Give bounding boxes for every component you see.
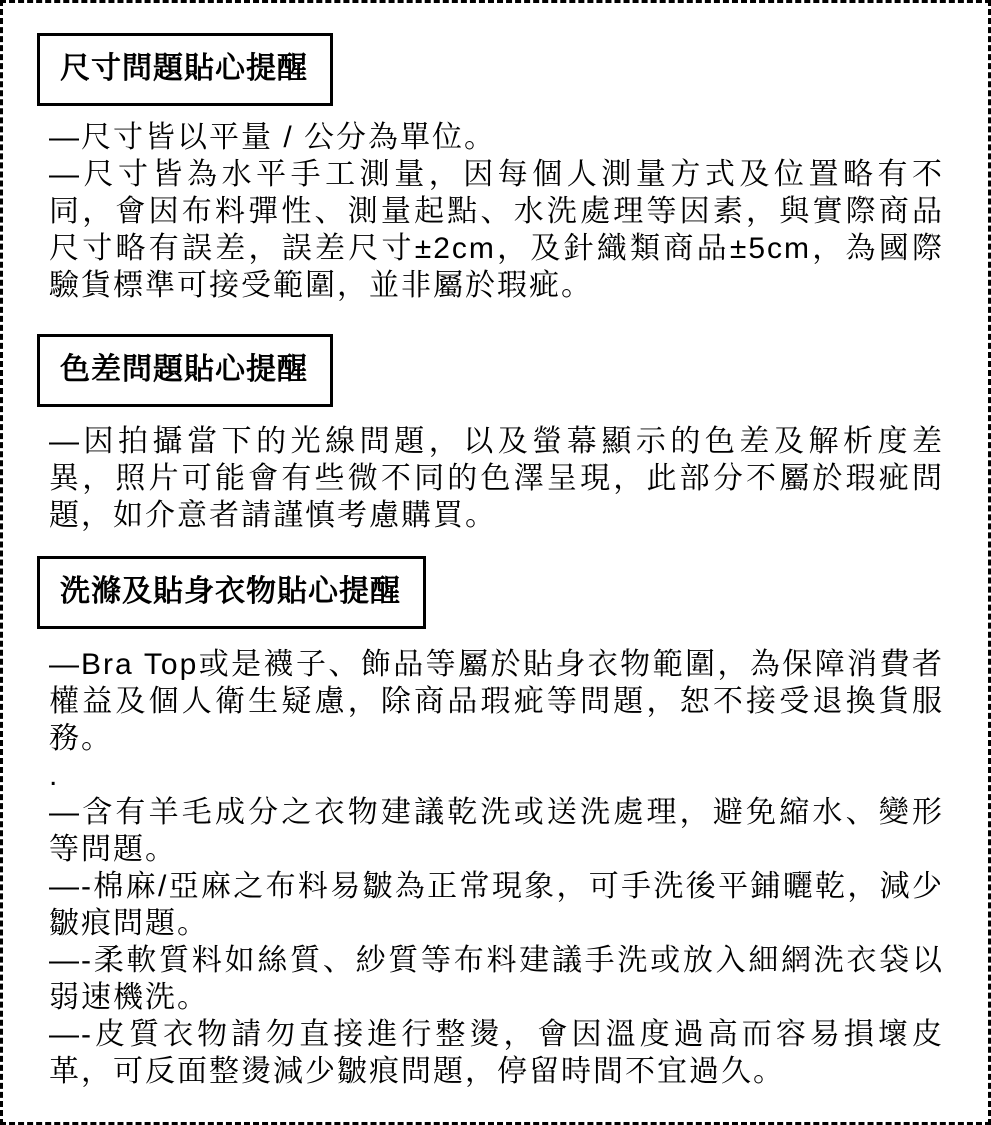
color-notice-title-box: 色差問題貼心提醒 (37, 334, 333, 407)
section-size-notice: 尺寸問題貼心提醒 —尺寸皆以平量 / 公分為單位。 —尺寸皆為水平手工測量，因每… (37, 33, 948, 304)
size-notice-title: 尺寸問題貼心提醒 (60, 52, 308, 85)
color-notice-paragraph: —因拍攝當下的光線問題，以及螢幕顯示的色差及解析度差異，照片可能會有些微不同的色… (37, 423, 948, 534)
washing-notice-paragraph: —-皮質衣物請勿直接進行整燙，會因溫度過高而容易損壞皮革，可反面整燙減少皺痕問題… (37, 1016, 948, 1090)
washing-notice-dot-line: . (37, 757, 948, 794)
washing-notice-paragraph: —-柔軟質料如絲質、紗質等布料建議手洗或放入細網洗衣袋以弱速機洗。 (37, 942, 948, 1016)
size-notice-title-box: 尺寸問題貼心提醒 (37, 33, 333, 106)
section-washing-notice: 洗滌及貼身衣物貼心提醒 —Bra Top或是襪子、飾品等屬於貼身衣物範圍，為保障… (37, 534, 948, 1090)
notice-page: 尺寸問題貼心提醒 —尺寸皆以平量 / 公分為單位。 —尺寸皆為水平手工測量，因每… (0, 0, 991, 1125)
washing-notice-title: 洗滌及貼身衣物貼心提醒 (60, 575, 401, 608)
size-notice-paragraph: —尺寸皆為水平手工測量，因每個人測量方式及位置略有不同，會因布料彈性、測量起點、… (37, 156, 948, 304)
washing-notice-paragraph: —-棉麻/亞麻之布料易皺為正常現象，可手洗後平鋪曬乾，減少皺痕問題。 (37, 868, 948, 942)
color-notice-title: 色差問題貼心提醒 (60, 353, 308, 386)
washing-notice-paragraph: —含有羊毛成分之衣物建議乾洗或送洗處理，避免縮水、變形等問題。 (37, 794, 948, 868)
size-notice-paragraph: —尺寸皆以平量 / 公分為單位。 (37, 119, 948, 156)
washing-notice-paragraph: —Bra Top或是襪子、飾品等屬於貼身衣物範圍，為保障消費者權益及個人衛生疑慮… (37, 646, 948, 757)
washing-notice-title-box: 洗滌及貼身衣物貼心提醒 (37, 556, 426, 629)
section-color-notice: 色差問題貼心提醒 —因拍攝當下的光線問題，以及螢幕顯示的色差及解析度差異，照片可… (37, 304, 948, 534)
